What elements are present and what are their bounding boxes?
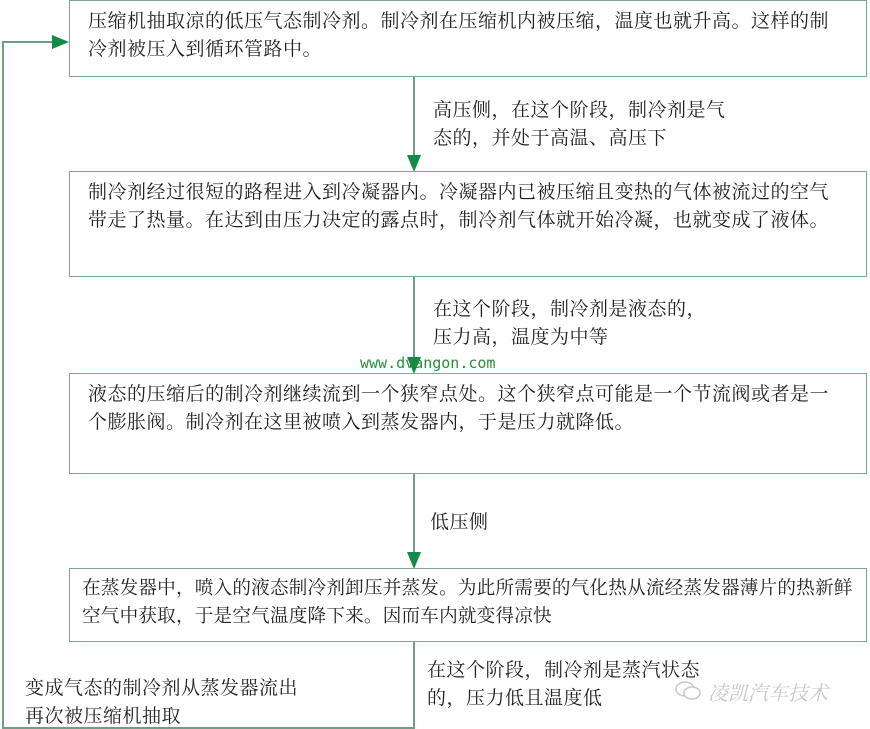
annotation-line: 态的，并处于高温、高压下	[433, 124, 726, 152]
step-evaporator-box: 在蒸发器中，喷入的液态制冷剂卸压并蒸发。为此所需要的气化热从流经蒸发器薄片的热新…	[69, 568, 867, 642]
step-condenser-text: 制冷剂经过很短的路程进入到冷凝器内。冷凝器内已被压缩且变热的气体被流过的空气带走…	[88, 181, 829, 231]
arrow-down-icon	[407, 155, 421, 172]
annotation-line: 高压侧，在这个阶段，制冷剂是气	[433, 96, 726, 124]
return-loop-left-line	[2, 41, 4, 729]
annotation-line: 在这个阶段，制冷剂是蒸汽状态	[427, 656, 700, 684]
annotation-line: 低压侧	[430, 511, 489, 533]
annotation-vapor-stage: 在这个阶段，制冷剂是蒸汽状态 的，压力低且温度低	[427, 656, 700, 712]
brand-watermark: 凌凯汽车技术	[708, 677, 828, 706]
annotation-line: 在这个阶段，制冷剂是液态的，	[433, 295, 706, 323]
flow-line-2-3	[413, 276, 415, 358]
annotation-line: 再次被压缩机抽取	[25, 702, 298, 729]
flow-line-3-4	[413, 473, 415, 553]
step-condenser-box: 制冷剂经过很短的路程进入到冷凝器内。冷凝器内已被压缩且变热的气体被流过的空气带走…	[69, 171, 867, 277]
annotation-line: 变成气态的制冷剂从蒸发器流出	[25, 674, 298, 702]
flow-line-1-2	[413, 76, 415, 156]
annotation-line: 的，压力低且温度低	[427, 684, 700, 712]
arrow-down-icon	[407, 552, 421, 569]
annotation-return-loop: 变成气态的制冷剂从蒸发器流出 再次被压缩机抽取	[25, 674, 298, 729]
annotation-low-pressure: 低压侧	[430, 508, 489, 536]
flow-line-4-down	[413, 641, 415, 729]
annotation-liquid-stage: 在这个阶段，制冷剂是液态的， 压力高，温度为中等	[433, 295, 706, 351]
step-expansion-box: 液态的压缩后的制冷剂继续流到一个狭窄点处。这个狭窄点可能是一个节流阀或者是一个膨…	[69, 373, 867, 474]
step-compressor-text: 压缩机抽取凉的低压气态制冷剂。制冷剂在压缩机内被压缩，温度也就升高。这样的制冷剂…	[88, 10, 829, 60]
annotation-line: 压力高，温度为中等	[433, 323, 706, 351]
step-evaporator-text: 在蒸发器中，喷入的液态制冷剂卸压并蒸发。为此所需要的气化热从流经蒸发器薄片的热新…	[82, 578, 853, 627]
wechat-icon	[674, 680, 702, 702]
step-expansion-text: 液态的压缩后的制冷剂继续流到一个狭窄点处。这个狭窄点可能是一个节流阀或者是一个膨…	[88, 383, 829, 433]
step-compressor-box: 压缩机抽取凉的低压气态制冷剂。制冷剂在压缩机内被压缩，温度也就升高。这样的制冷剂…	[69, 0, 867, 77]
annotation-high-pressure: 高压侧，在这个阶段，制冷剂是气 态的，并处于高温、高压下	[433, 96, 726, 152]
return-loop-top-line	[2, 41, 54, 43]
arrow-right-icon	[52, 35, 69, 49]
url-watermark: www.dvangon.com	[360, 354, 495, 372]
